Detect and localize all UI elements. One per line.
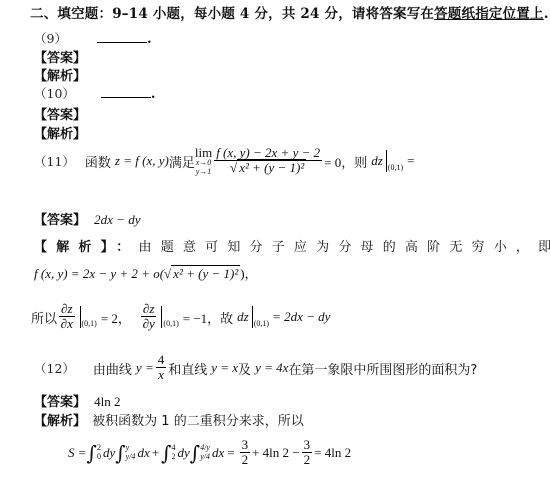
answer-label: 【答案】 <box>34 213 86 228</box>
analysis-label: 【解析】 <box>34 414 86 429</box>
math-fraction: 4 x <box>156 353 167 383</box>
math-text: dz <box>371 153 383 169</box>
question-number: （10） <box>34 86 75 101</box>
numerator: 3 <box>240 438 251 453</box>
lim-sub: y→1 <box>196 168 212 176</box>
answer-blank <box>97 32 147 43</box>
partial-derivatives: 所以 ∂z ∂x (0,1) = 2， ∂z ∂y (0,1) = −1， 故 … <box>31 302 330 332</box>
denominator: ∂x <box>61 317 73 332</box>
math-text: y = x <box>211 360 238 376</box>
analysis-label: 【解析】： <box>34 240 139 255</box>
eval-point: (0,1) <box>254 319 269 328</box>
answer-blank <box>101 87 151 98</box>
question-text: 则 <box>354 152 367 171</box>
question-number: （12） <box>34 359 75 377</box>
section-title-main: 二、填空题：9–14 小题，每小题 4 分，共 24 分，请将答案写在 <box>30 6 434 22</box>
section-title-end: . <box>544 6 549 22</box>
lower-limit: 2 <box>171 453 175 462</box>
integral-limits: 4/yy/4 <box>200 444 210 462</box>
question-text: 和直线 <box>168 359 207 378</box>
denominator: 2 <box>304 453 311 468</box>
math-text: + <box>152 445 159 461</box>
numerator: 3 <box>302 438 313 453</box>
analysis-text: 故 <box>220 308 233 327</box>
math-text: S = <box>68 445 87 461</box>
analysis-row: 【解析】：由题意可知分子应为分母的高阶无穷小，即 <box>34 236 550 255</box>
lower-limit: y/4 <box>126 453 136 462</box>
area-formula: S = ∫ 20 dy ∫ yy/4 dx + ∫ 42 dy ∫ 4/yy/4… <box>68 438 351 468</box>
math-text: )， <box>240 266 257 281</box>
math-text: = <box>227 445 234 461</box>
denominator: √x² + (y − 1)² <box>230 161 306 176</box>
numerator: 4 <box>156 353 167 368</box>
answer-label: 【答案】 <box>34 47 86 66</box>
blank-period: . <box>147 32 152 47</box>
math-text: dy <box>177 445 189 461</box>
question-12: （12） 由曲线 y = 4 x 和直线 y = x 及 y = 4x 在第一象… <box>34 353 477 383</box>
lower-limit: 0 <box>97 453 101 462</box>
denominator: 2 <box>242 453 249 468</box>
math-text: = 2dx − dy <box>272 309 330 325</box>
sqrt-content: x² + (y − 1)² <box>171 265 240 281</box>
integral-sign: ∫ <box>87 441 97 465</box>
answer-label: 【答案】 <box>34 104 86 123</box>
math-function: z = f (x, y) <box>115 153 169 169</box>
math-text: = −1， <box>183 308 220 327</box>
question-text: 函数 <box>85 152 111 171</box>
analysis-label: 【解析】 <box>34 123 86 142</box>
analysis-label: 【解析】 <box>34 65 86 84</box>
math-limit: lim x→0 y→1 <box>195 146 212 176</box>
question-text: 由曲线 <box>93 359 132 378</box>
denominator: x <box>158 368 164 383</box>
eval-point: (0,1) <box>388 163 403 172</box>
math-text: dx <box>212 445 224 461</box>
math-text: f (x, y) = 2x − y + 2 + o( <box>34 266 164 281</box>
sqrt-content: x² + (y − 1)² <box>237 159 306 175</box>
integral-sign: ∫ <box>115 441 125 465</box>
question-text: 在第一象限中所围图形的面积为? <box>288 359 477 378</box>
eval-bar <box>252 306 253 328</box>
math-text: y = 4x <box>255 360 288 376</box>
eval-bar <box>80 306 81 328</box>
numerator: ∂z <box>59 302 74 317</box>
question-10: （10）. <box>34 84 155 102</box>
numerator: ∂z <box>141 302 156 317</box>
eval-bar <box>161 306 162 328</box>
answer-value: 4ln 2 <box>94 394 120 409</box>
section-title: 二、填空题：9–14 小题，每小题 4 分，共 24 分，请将答案写在答题纸指定… <box>30 2 549 22</box>
answer-row: 【答案】 2dx − dy <box>34 209 140 228</box>
eval-point: (0,1) <box>82 319 97 328</box>
math-fraction: f (x, y) − 2x + y − 2 √x² + (y − 1)² <box>214 146 322 176</box>
integral-limits: yy/4 <box>126 444 136 462</box>
math-fraction: 3 2 <box>240 438 251 468</box>
section-title-underlined: 答题纸指定位置上 <box>434 6 544 22</box>
integral-limits: 20 <box>97 444 101 462</box>
answer-label: 【答案】 <box>34 395 86 410</box>
math-fraction: ∂z ∂y <box>141 302 156 332</box>
answer-value: 2dx − dy <box>94 212 140 227</box>
blank-period: . <box>151 87 156 102</box>
lower-limit: y/4 <box>200 453 210 462</box>
question-text: 及 <box>238 359 251 378</box>
math-text: dz <box>237 309 249 325</box>
math-fraction: 3 2 <box>302 438 313 468</box>
math-fraction: ∂z ∂x <box>59 302 74 332</box>
question-text: 满足 <box>169 152 195 171</box>
math-text: dy <box>103 445 115 461</box>
math-text: y = <box>136 360 154 376</box>
question-11: （11） 函数 z = f (x, y) 满足 lim x→0 y→1 f (x… <box>34 146 414 176</box>
math-text: = 0， <box>324 152 354 171</box>
eval-point: (0,1) <box>163 319 178 328</box>
analysis-text: 所以 <box>31 308 57 327</box>
math-text: dx <box>137 445 149 461</box>
integral-limits: 42 <box>171 444 175 462</box>
analysis-text: 被积函数为 1 的二重积分来求，所以 <box>92 414 304 429</box>
math-text: = <box>407 153 414 169</box>
question-9: （9）. <box>34 29 151 47</box>
analysis-text: 由题意可知分子应为分母的高阶无穷小，即 <box>139 240 550 255</box>
question-number: （11） <box>34 152 75 170</box>
denominator: ∂y <box>143 317 155 332</box>
math-text: = 2， <box>101 308 131 327</box>
math-text: + 4ln 2 − <box>252 445 300 461</box>
integral-sign: ∫ <box>161 441 171 465</box>
answer-row: 【答案】 4ln 2 <box>34 391 121 410</box>
eval-bar <box>386 150 387 172</box>
integral-sign: ∫ <box>190 441 200 465</box>
analysis-equation: f (x, y) = 2x − y + 2 + o(√x² + (y − 1)²… <box>34 263 258 282</box>
question-number: （9） <box>34 31 67 46</box>
math-text: = 4ln 2 <box>314 445 351 461</box>
analysis-row: 【解析】 被积函数为 1 的二重积分来求，所以 <box>34 410 304 429</box>
